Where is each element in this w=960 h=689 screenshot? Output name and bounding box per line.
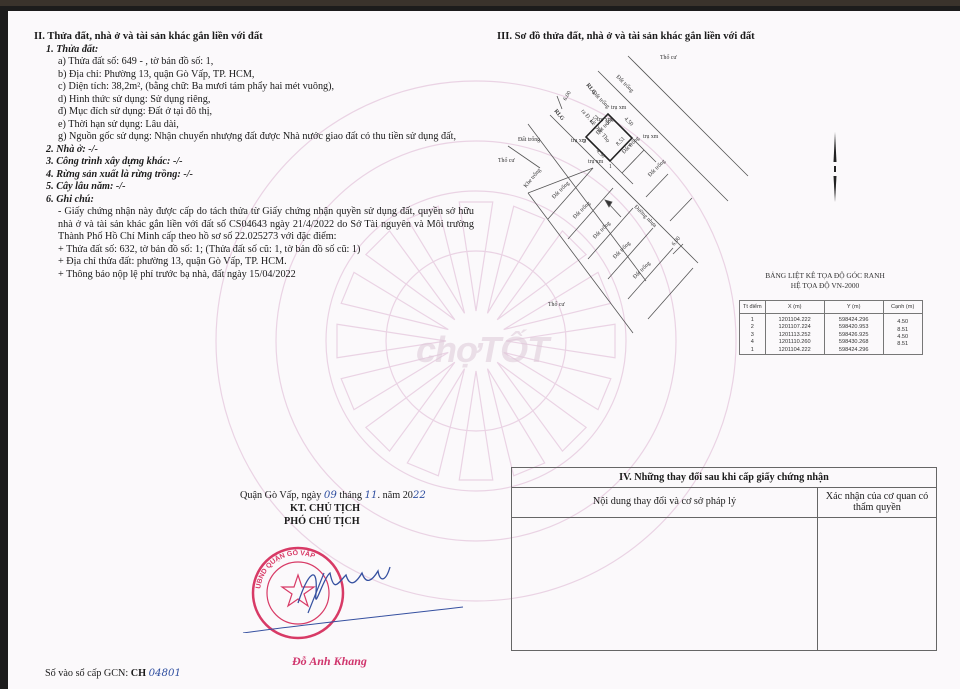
section-ii-title: II. Thửa đất, nhà ở và tài sản khác gắn …	[34, 31, 474, 44]
diagram-label: Đất trống	[611, 240, 632, 261]
table-row: 12341 1201104.2221201107.2241201113.2521…	[740, 314, 923, 355]
coord-title-line: BẢNG LIỆT KÊ TỌA ĐỘ GÓC RANH	[740, 271, 910, 281]
col-content-header: Nội dung thay đổi và cơ sở pháp lý	[512, 488, 818, 518]
diagram-label: Đường nhựa	[633, 204, 658, 229]
diagram-label: 1	[609, 164, 612, 170]
diagram-label: Khe trống	[522, 167, 542, 189]
section-iv-title: IV. Những thay đổi sau khi cấp giấy chứn…	[512, 468, 937, 488]
diagram-label: Thổ cư	[660, 54, 677, 61]
registration-number: Số vào sổ cấp GCN: CH 04801	[45, 668, 181, 679]
diagram-label: Đất trống	[591, 220, 612, 241]
signer-name: Đỗ Anh Khang	[292, 654, 367, 669]
coord-table-title: BẢNG LIỆT KÊ TỌA ĐỘ GÓC RANH HỆ TỌA ĐỘ V…	[740, 271, 910, 291]
diagram-label: 4.50	[623, 116, 634, 127]
diagram-label: 3	[606, 121, 609, 127]
diagram-label: Đất trống	[646, 158, 667, 179]
col-header: Y (m)	[824, 301, 883, 314]
north-arrow-icon	[832, 132, 838, 202]
notes-heading: 6. Ghi chú:	[34, 194, 474, 207]
registration-code: CH	[131, 668, 149, 679]
land-item-dd: đ) Mục đích sử dụng: Đất ở tại đô thị,	[34, 106, 474, 119]
coordinate-table: Tt điểm X (m) Y (m) Cạnh (m) 12341 12011…	[739, 300, 923, 355]
top-frame	[0, 0, 960, 6]
section-iii-title: III. Sơ đồ thửa đất, nhà ở và tài sản kh…	[497, 31, 755, 42]
changes-table: IV. Những thay đổi sau khi cấp giấy chứn…	[511, 467, 937, 651]
section-ii: II. Thửa đất, nhà ở và tài sản khác gắn …	[34, 31, 474, 281]
perennial-item: 5. Cây lâu năm: -/-	[34, 181, 474, 194]
land-item-d: d) Hình thức sử dụng: Sử dụng riêng,	[34, 94, 474, 107]
diagram-label: trụ xm	[611, 105, 627, 111]
issue-date: Quận Gò Vấp, ngày 09 tháng 11. năm 2022	[240, 490, 426, 501]
diagram-label: trụ xm	[588, 159, 604, 165]
registration-value: 04801	[149, 668, 181, 679]
land-item-e: e) Thời hạn sử dụng: Lâu dài,	[34, 119, 474, 132]
land-item-b: b) Địa chỉ: Phường 13, quận Gò Vấp, TP. …	[34, 69, 474, 82]
col-header: Tt điểm	[740, 301, 766, 314]
diagram-label: 4	[628, 143, 631, 149]
diagram-label: Đất trống	[631, 260, 652, 281]
diagram-label: 2	[583, 139, 586, 145]
land-item-g: g) Nguồn gốc sử dụng: Nhận chuyển nhượng…	[34, 131, 474, 144]
registration-label: Số vào sổ cấp GCN:	[45, 668, 131, 679]
coord-subtitle-line: HỆ TỌA ĐỘ VN-2000	[740, 281, 910, 291]
diagram-label: Đất trống	[518, 136, 540, 143]
diagram-label: RLG	[552, 108, 565, 122]
changes-content-cell	[512, 518, 818, 651]
land-item-a: a) Thửa đất số: 649 - , tờ bản đồ số: 1,	[34, 56, 474, 69]
diagram-label: trụ xm	[643, 134, 659, 140]
diagram-label: 4.50	[595, 148, 606, 159]
col-header: Cạnh (m)	[883, 301, 922, 314]
diagram-label: Thổ cư	[548, 301, 565, 308]
col-confirmation-header: Xác nhận của cơ quan có thẩm quyền	[818, 488, 937, 518]
diagram-label: 6.00	[563, 90, 573, 102]
signer-position: PHÓ CHỦ TỊCH	[284, 516, 360, 527]
notes-bullet: + Địa chỉ thửa đất: phường 13, quận Gò V…	[34, 256, 474, 269]
notes-paragraph: - Giấy chứng nhận này được cấp do tách t…	[34, 206, 474, 244]
signature-icon	[238, 553, 468, 633]
certificate-page: chợTỐT II. Thửa đất, nhà ở và tài sản kh…	[8, 11, 960, 689]
construction-item: 3. Công trình xây dựng khác: -/-	[34, 156, 474, 169]
house-item: 2. Nhà ở: -/-	[34, 144, 474, 157]
land-heading: 1. Thửa đất:	[34, 44, 474, 57]
changes-confirmation-cell	[818, 518, 937, 651]
forest-item: 4. Rừng sản xuất là rừng trồng: -/-	[34, 169, 474, 182]
notes-bullet: + Thông báo nộp lệ phí trước bạ nhà, đất…	[34, 269, 474, 282]
notes-bullet: + Thửa đất số: 632, tờ bản đồ số: 1; (Th…	[34, 244, 474, 257]
diagram-label: Đất trống	[571, 200, 592, 221]
col-header: X (m)	[765, 301, 824, 314]
signer-title: KT. CHỦ TỊCH	[290, 503, 360, 514]
land-item-c: c) Diện tích: 38,2m², (bằng chữ: Ba mươi…	[34, 81, 474, 94]
diagram-label: Thổ cư	[498, 157, 515, 164]
